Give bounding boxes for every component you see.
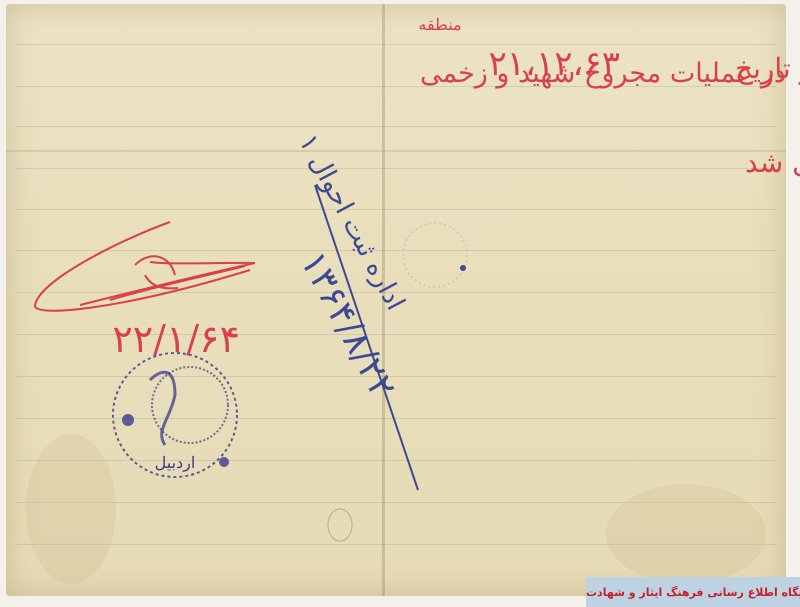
stamp-star-icon <box>122 414 134 426</box>
stamp-label: اردبیل <box>155 453 196 472</box>
signature <box>35 222 255 311</box>
faint-stamp-impression <box>403 223 467 287</box>
official-stamp: اردبیل <box>113 353 237 477</box>
site-watermark: نوید شاهد پایگاه اطلاع رسانی فرهنگ ایثار… <box>586 577 800 607</box>
pencil-circle <box>328 509 352 541</box>
red-line1-rest: در عملیات مجروح شهید و زخمی <box>420 58 786 89</box>
stamp-star-icon <box>219 457 229 467</box>
signature-date: ۲۲/۱/۶۴ <box>112 317 240 361</box>
ink-dot <box>460 265 466 271</box>
red-superscript: منطقه <box>418 15 461 34</box>
ink-layer: در تاریخ ۲۱،۱۲،۶۳ منطقه در عملیات مجروح … <box>0 0 800 607</box>
watermark-text: پایگاه اطلاع رسانی فرهنگ ایثار و شهادت <box>586 586 800 599</box>
red-line2: ۲۴ مسترد دفتر مردگان سال ۱۳۶۴ حوزه ای ار… <box>745 146 800 179</box>
